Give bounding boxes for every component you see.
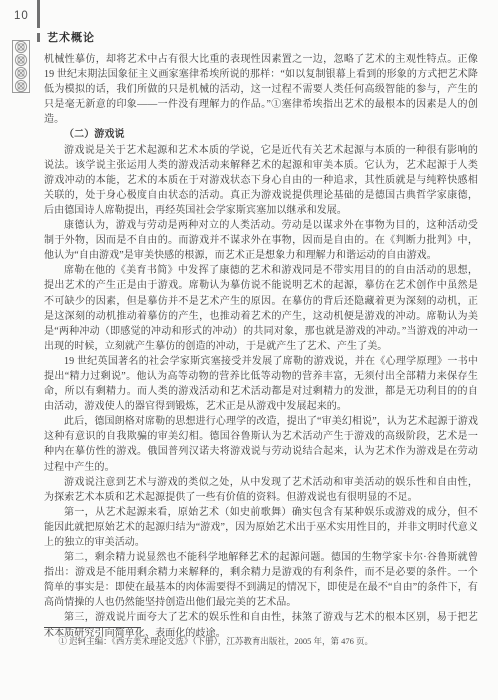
paragraph: 席勒在他的《美育书简》中发挥了康德的艺术和游戏同是不带实用目的的自由活动的思想，…	[44, 263, 478, 354]
interlocked-rings-ornament-icon	[12, 40, 30, 93]
paragraph: 第二，剩余精力说显然也不能科学地解释艺术的起源问题。德国的生物学家卡尔·谷鲁斯就…	[44, 550, 478, 610]
paragraph: 19 世纪英国著名的社会学家斯宾塞接受并发展了席勒的游戏说，并在《心理学原理》一…	[44, 354, 478, 414]
book-page: 10 艺术概论	[0, 0, 498, 700]
section-heading-play-theory: （二）游戏说	[44, 127, 478, 142]
paragraph-continuation: 机械性摹仿，却将艺术中占有很大比重的表现性因素置之一边，忽略了艺术的主观性特点。…	[44, 52, 478, 127]
running-head-tick	[37, 33, 40, 42]
footnote-citation: ① 迟轲主编：《西方美术理论文选》（下册），江苏教育出版社，2005 年，第 4…	[44, 635, 478, 647]
body-text: 机械性摹仿，却将艺术中占有很大比重的表现性因素置之一边，忽略了艺术的主观性特点。…	[44, 52, 478, 641]
paragraph: 游戏说是关于艺术起源和艺术本质的学说，它是近代有关艺术起源与本质的一种很有影响的…	[44, 143, 478, 218]
paragraph: 此后，德国朗格对席勒的思想进行心理学的改造，提出了“审美幻相说”，认为艺术起源于…	[44, 414, 478, 474]
paragraph: 游戏说注意到艺术与游戏的类似之处，从中发现了艺术活动和审美活动的娱乐性和自由性，…	[44, 475, 478, 505]
running-head-title: 艺术概论	[47, 29, 95, 45]
top-margin-rule	[37, 0, 40, 28]
paragraph: 康德认为，游戏与劳动是两种对立的人类活动。劳动是以谋求外在事物为目的，这种活动受…	[44, 218, 478, 263]
page-number: 10	[14, 10, 29, 22]
paragraph: 第一，从艺术起源来看，原始艺术（如史前歌舞）确实包含有某种娱乐或游戏的成分，但不…	[44, 505, 478, 550]
running-head: 艺术概论	[37, 29, 95, 45]
footnote-block: ① 迟轲主编：《西方美术理论文选》（下册），江苏教育出版社，2005 年，第 4…	[44, 627, 478, 647]
footnote-separator	[44, 627, 141, 628]
